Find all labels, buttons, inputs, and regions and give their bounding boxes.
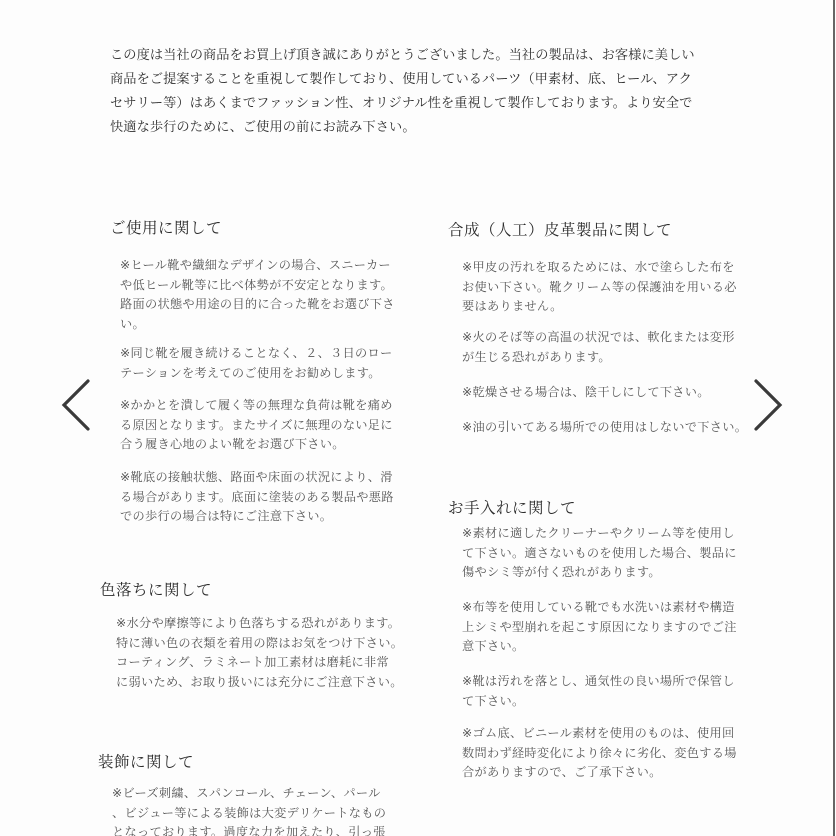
usage-note-2: ※同じ靴を履き続けることなく、２、３日のロー テーションを考えてのご使用をお勧め… [120,344,393,383]
synthetic-note-1: ※甲皮の汚れを取るためには、水で塗らした布を お使い下さい。靴クリーム等の保護油… [462,258,737,317]
section-decoration: 装飾に関して [98,750,194,772]
note-line: での歩行の場合は特にご注意下さい。 [120,507,394,527]
section-synthetic-leather: 合成（人工）皮革製品に関して [448,218,672,240]
note-line: となっております。過度な力を加えたり、引っ張 [112,823,386,836]
usage-note-4: ※靴底の接触状態、路面や床面の状況により、滑 る場合があります。底面に塗装のある… [120,468,394,527]
note-line: ※布等を使用している靴でも水洗いは素材や構造 [462,598,737,618]
note-line: コーティング、ラミネート加工素材は磨耗に非常 [116,653,403,673]
note-line: 上シミや型崩れを起こす原因になりますのでご注 [462,618,737,638]
note-line: ※油の引いてある場所での使用はしないで下さい。 [462,418,747,438]
note-line: ※ゴム底、ビニール素材を使用のものは、使用回 [462,724,737,744]
synthetic-note-2: ※火のそば等の高温の状況では、軟化または変形 が生じる恐れがあります。 [462,328,735,367]
note-line: ※ビーズ刺繍、スパンコール、チェーン、パール [112,784,386,804]
section-care: お手入れに関して [448,496,576,518]
note-line: ※かかとを潰して履く等の無理な負荷は靴を痛め [120,396,393,416]
note-line: て下さい。適さないものを使用した場合、製品に [462,544,737,564]
care-note-4: ※ゴム底、ビニール素材を使用のものは、使用回 数問わず経時変化により徐々に劣化、… [462,724,737,783]
note-line: 傷やシミ等が付く恐れがあります。 [462,563,737,583]
section-fading: 色落ちに関して [100,578,212,600]
note-line: に弱いため、お取り扱いには充分にご注意下さい。 [116,673,403,693]
note-line: い。 [120,315,395,335]
note-line: が生じる恐れがあります。 [462,348,735,368]
section-title-usage: ご使用に関して [110,216,222,238]
note-line: ※甲皮の汚れを取るためには、水で塗らした布を [462,258,737,278]
note-line: る場合があります。底面に塗装のある製品や悪路 [120,488,394,508]
intro-line: 快適な歩行のために、ご使用の前にお読み下さい。 [110,116,780,140]
note-line: 、ビジュー等による装飾は大変デリケートなもの [112,804,386,824]
note-line: 路面の状態や用途の目的に合った靴をお選び下さ [120,295,395,315]
note-line: ※水分や摩擦等により色落ちする恐れがあります。 [116,614,403,634]
note-line: 意下さい。 [462,637,737,657]
note-line: 合う履き心地のよい靴をお選び下さい。 [120,435,393,455]
image-right-border [833,0,835,836]
note-line: 特に薄い色の衣類を着用の際はお気をつけ下さい。 [116,634,403,654]
note-line: ※素材に適したクリーナーやクリーム等を使用し [462,524,737,544]
section-title-care: お手入れに関して [448,496,576,518]
section-usage: ご使用に関して [110,216,222,238]
intro-line: セサリー等）はあくまでファッション性、オリジナル性を重視して製作しております。よ… [110,92,780,116]
note-line: ※同じ靴を履き続けることなく、２、３日のロー [120,344,393,364]
note-line: ※靴は汚れを落とし、通気性の良い場所で保管し [462,672,735,692]
note-line: ※火のそば等の高温の状況では、軟化または変形 [462,328,735,348]
synthetic-note-4: ※油の引いてある場所での使用はしないで下さい。 [462,418,747,438]
previous-image-button[interactable] [58,377,98,433]
note-line: る原因となります。またサイズに無理のない足に [120,416,393,436]
chevron-right-icon [746,377,786,433]
chevron-left-icon [58,377,98,433]
section-title-fading: 色落ちに関して [100,578,212,600]
note-line: 数問わず経時変化により徐々に劣化、変色する場 [462,744,737,764]
section-title-synthetic-leather: 合成（人工）皮革製品に関して [448,218,672,240]
note-line: や低ヒール靴等に比べ体勢が不安定となります。 [120,276,395,296]
fading-note-1: ※水分や摩擦等により色落ちする恐れがあります。 特に薄い色の衣類を着用の際はお気… [116,614,403,692]
intro-line: 商品をご提案することを重視して製作しており、使用しているパーツ（甲素材、底、ヒー… [110,68,780,92]
note-line: 合がありますので、ご了承下さい。 [462,763,737,783]
note-line: テーションを考えてのご使用をお勧めします。 [120,364,393,384]
note-line: ※靴底の接触状態、路面や床面の状況により、滑 [120,468,394,488]
decoration-note-1: ※ビーズ刺繍、スパンコール、チェーン、パール 、ビジュー等による装飾は大変デリケ… [112,784,386,836]
intro-line: この度は当社の商品をお買上げ頂き誠にありがとうございました。当社の製品は、お客様… [110,44,780,68]
next-image-button[interactable] [746,377,786,433]
note-line: お使い下さい。靴クリーム等の保護油を用いる必 [462,278,737,298]
care-note-1: ※素材に適したクリーナーやクリーム等を使用し て下さい。適さないものを使用した場… [462,524,737,583]
synthetic-note-3: ※乾燥させる場合は、陰干しにして下さい。 [462,383,710,403]
note-line: 要はありません。 [462,297,737,317]
intro-paragraph: この度は当社の商品をお買上げ頂き誠にありがとうございました。当社の製品は、お客様… [110,44,780,140]
note-line: ※乾燥させる場合は、陰干しにして下さい。 [462,383,710,403]
usage-note-3: ※かかとを潰して履く等の無理な負荷は靴を痛め る原因となります。またサイズに無理… [120,396,393,455]
usage-note-1: ※ヒール靴や繊細なデザインの場合、スニーカー や低ヒール靴等に比べ体勢が不安定と… [120,256,395,334]
section-title-decoration: 装飾に関して [98,750,194,772]
note-line: て下さい。 [462,692,735,712]
care-note-3: ※靴は汚れを落とし、通気性の良い場所で保管し て下さい。 [462,672,735,711]
note-line: ※ヒール靴や繊細なデザインの場合、スニーカー [120,256,395,276]
care-note-2: ※布等を使用している靴でも水洗いは素材や構造 上シミや型崩れを起こす原因になりま… [462,598,737,657]
